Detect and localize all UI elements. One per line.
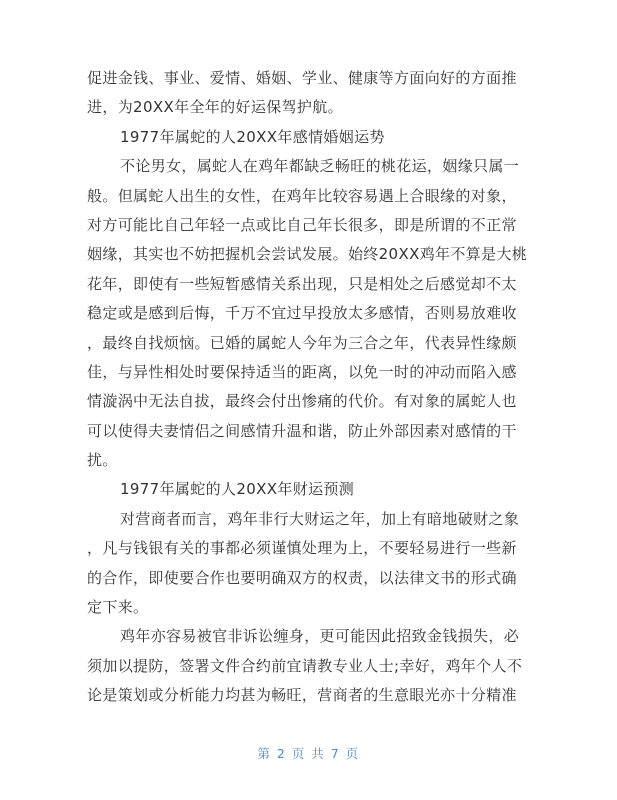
text-line: 情漩涡中无法自拔，最终会付出惨痛的代价。有对象的属蛇人也	[87, 387, 527, 416]
text-line: 扰。	[87, 446, 527, 475]
text-line: 对方可能比自己年轻一点或比自己年长很多，即是所谓的不正常	[87, 211, 527, 240]
page-number-indicator: 第 2 页 共 7 页	[0, 744, 617, 764]
text-line: 对营商者而言，鸡年非行大财运之年，加上有暗地破财之象	[87, 505, 527, 534]
text-line: 定下来。	[87, 593, 527, 622]
text-line: ，凡与钱银有关的事都必须谨慎处理为上，不要轻易进行一些新	[87, 534, 527, 563]
document-page: 促进金钱、事业、爱情、婚姻、学业、健康等方面向好的方面推进，为20XX年全年的好…	[0, 0, 617, 800]
text-line: 1977年属蛇的人20XX年感情婚姻运势	[87, 123, 527, 152]
text-line: 不论男女，属蛇人在鸡年都缺乏畅旺的桃花运，姻缘只属一	[87, 152, 527, 181]
text-line: 姻缘，其实也不妨把握机会尝试发展。始终20XX鸡年不算是大桃	[87, 240, 527, 269]
text-line: 佳，与异性相处时要保持适当的距离，以免一时的冲动而陷入感	[87, 358, 527, 387]
text-line: 促进金钱、事业、爱情、婚姻、学业、健康等方面向好的方面推	[87, 64, 527, 93]
text-line: ，最终自找烦恼。已婚的属蛇人今年为三合之年，代表异性缘颇	[87, 329, 527, 358]
text-line: 花年，即使有一些短暂感情关系出现，只是相处之后感觉却不太	[87, 270, 527, 299]
text-line: 进，为20XX年全年的好运保驾护航。	[87, 93, 527, 122]
text-line: 的合作，即使要合作也要明确双方的权责，以法律文书的形式确	[87, 564, 527, 593]
text-line: 鸡年亦容易被官非诉讼缠身，更可能因此招致金钱损失，必	[87, 622, 527, 651]
text-line: 般。但属蛇人出生的女性，在鸡年比较容易遇上合眼缘的对象，	[87, 182, 527, 211]
text-line: 论是策划或分析能力均甚为畅旺，营商者的生意眼光亦十分精准	[87, 681, 527, 710]
text-line: 可以使得夫妻情侣之间感情升温和谐，防止外部因素对感情的干	[87, 417, 527, 446]
text-line: 须加以提防，签署文件合约前宜请教专业人士;幸好，鸡年个人不	[87, 652, 527, 681]
text-line: 稳定或是感到后悔，千万不宜过早投放太多感情，否则易放难收	[87, 299, 527, 328]
document-body: 促进金钱、事业、爱情、婚姻、学业、健康等方面向好的方面推进，为20XX年全年的好…	[87, 64, 527, 711]
text-line: 1977年属蛇的人20XX年财运预测	[87, 475, 527, 504]
